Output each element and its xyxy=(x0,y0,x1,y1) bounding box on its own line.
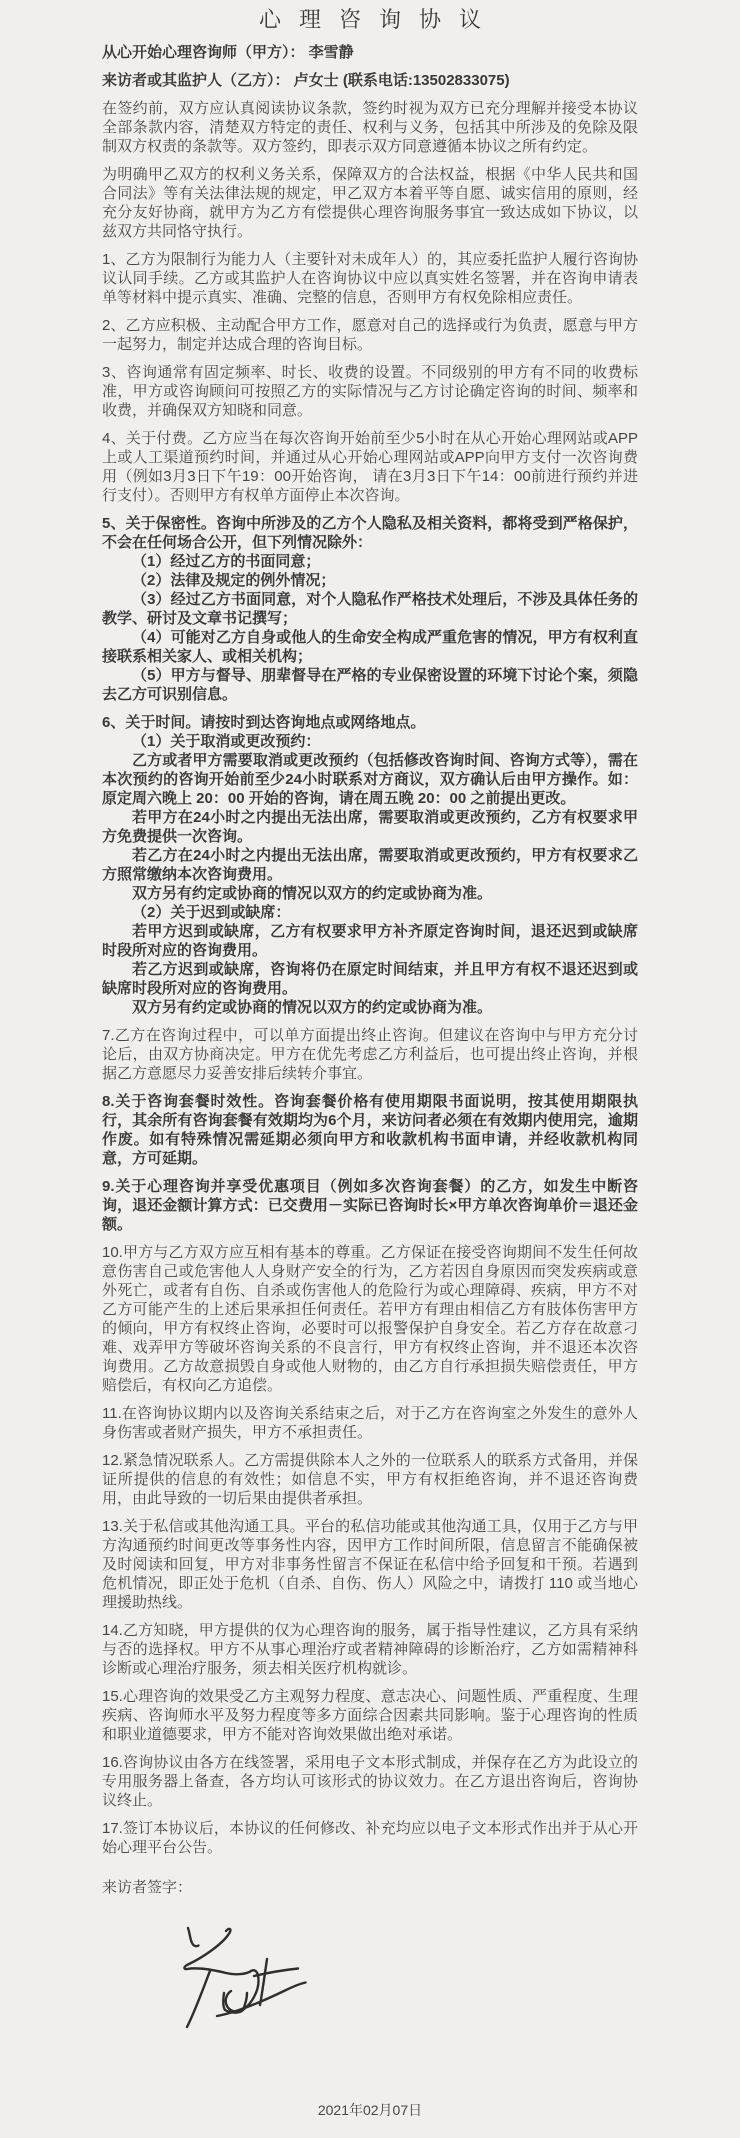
paragraph: 在签约前，双方应认真阅读协议条款，签约时视为双方已充分理解并接受本协议全部条款内… xyxy=(102,99,638,156)
paragraph: 双方另有约定或协商的情况以双方的约定或协商为准。 xyxy=(102,998,638,1017)
paragraph: 若乙方迟到或缺席，咨询将仍在原定时间结束，并且甲方有权不退还迟到或缺席时段所对应… xyxy=(102,960,638,998)
agreement-document: 心理咨询协议 从心开始心理咨询师（甲方）： 李雪静来访者或其监护人（乙方）： 卢… xyxy=(0,0,740,2138)
handwritten-signature xyxy=(174,1921,316,2039)
paragraph: （2）法律及规定的例外情况； xyxy=(102,571,638,590)
paragraph: 乙方或者甲方需要取消或更改预约（包括修改咨询时间、咨询方式等），需在本次预约的咨… xyxy=(102,751,638,808)
paragraph: （2）关于迟到或缺席： xyxy=(102,903,638,922)
paragraph: 12.紧急情况联系人。乙方需提供除本人之外的一位联系人的联系方式备用，并保证所提… xyxy=(102,1451,638,1508)
agreement-date: 2021年02月07日 xyxy=(102,2101,638,2120)
paragraph: 13.关于私信或其他沟通工具。平台的私信功能或其他沟通工具，仅用于乙方与甲方沟通… xyxy=(102,1517,638,1612)
paragraph: （4）可能对乙方自身或他人的生命安全构成严重危害的情况，甲方有权利直接联系相关家… xyxy=(102,628,638,666)
paragraph: 11.在咨询协议期内以及咨询关系结束之后，对于乙方在咨询室之外发生的意外人身伤害… xyxy=(102,1404,638,1442)
paragraph: 16.咨询协议由各方在线签署，采用电子文本形式制成，并保存在乙方为此设立的专用服… xyxy=(102,1753,638,1810)
party-a-line: 从心开始心理咨询师（甲方）： 李雪静 xyxy=(102,43,638,62)
signature-area xyxy=(174,1921,316,2039)
paragraph: （1）关于取消或更改预约： xyxy=(102,732,638,751)
paragraph: 7.乙方在咨询过程中，可以单方面提出终止咨询。但建议在咨询中与甲方充分讨论后，由… xyxy=(102,1026,638,1083)
paragraph: 6、关于时间。请按时到达咨询地点或网络地点。 xyxy=(102,713,638,732)
page: { "document": { "title": "心理咨询协议", "sign… xyxy=(0,0,740,2138)
paragraph: 14.乙方知晓，甲方提供的仅为心理咨询的服务，属于指导性建议，乙方具有采纳与否的… xyxy=(102,1621,638,1678)
document-title: 心理咨询协议 xyxy=(102,6,638,34)
paragraph: （5）甲方与督导、朋辈督导在严格的专业保密设置的环境下讨论个案，须隐去乙方可识别… xyxy=(102,666,638,704)
paragraph: 2、乙方应积极、主动配合甲方工作，愿意对自己的选择或行为负责，愿意与甲方一起努力… xyxy=(102,316,638,354)
paragraph: 5、关于保密性。咨询中所涉及的乙方个人隐私及相关资料，都将受到严格保护，不会在任… xyxy=(102,514,638,552)
agreement-body: 从心开始心理咨询师（甲方）： 李雪静来访者或其监护人（乙方）： 卢女士 (联系电… xyxy=(102,43,638,1857)
party-b-line: 来访者或其监护人（乙方）： 卢女士 (联系电话:13502833075) xyxy=(102,71,638,90)
paragraph: 双方另有约定或协商的情况以双方的约定或协商为准。 xyxy=(102,884,638,903)
paragraph: 若甲方在24小时之内提出无法出席，需要取消或更改预约，乙方有权要求甲方免费提供一… xyxy=(102,808,638,846)
paragraph: 17.签订本协议后，本协议的任何修改、补充均应以电子文本形式作出并于从心开始心理… xyxy=(102,1819,638,1857)
visitor-signature-label: 来访者签字： xyxy=(102,1878,638,1897)
paragraph: （3）经过乙方书面同意，对个人隐私作严格技术处理后，不涉及具体任务的教学、研讨及… xyxy=(102,590,638,628)
paragraph: 若甲方迟到或缺席，乙方有权要求甲方补齐原定咨询时间，退还迟到或缺席时段所对应的咨… xyxy=(102,922,638,960)
paragraph: 4、关于付费。乙方应当在每次咨询开始前至少5小时在从心开始心理网站或APP上或人… xyxy=(102,429,638,505)
paragraph: 9.关于心理咨询并享受优惠项目（例如多次咨询套餐）的乙方，如发生中断咨询，退还金… xyxy=(102,1177,638,1234)
paragraph: 10.甲方与乙方双方应互相有基本的尊重。乙方保证在接受咨询期间不发生任何故意伤害… xyxy=(102,1243,638,1395)
paragraph: 15.心理咨询的效果受乙方主观努力程度、意志决心、问题性质、严重程度、生理疾病、… xyxy=(102,1687,638,1744)
paragraph: （1）经过乙方的书面同意； xyxy=(102,552,638,571)
paragraph: 若乙方在24小时之内提出无法出席，需要取消或更改预约，甲方有权要求乙方照常缴纳本… xyxy=(102,846,638,884)
paragraph: 1、乙方为限制行为能力人（主要针对未成年人）的，其应委托监护人履行咨询协议认同手… xyxy=(102,250,638,307)
paragraph: 8.关于咨询套餐时效性。咨询套餐价格有使用期限书面说明，按其使用期限执行，其余所… xyxy=(102,1092,638,1168)
paragraph: 为明确甲乙双方的权利义务关系，保障双方的合法权益，根据《中华人民共和国合同法》等… xyxy=(102,165,638,241)
paragraph: 3、咨询通常有固定频率、时长、收费的设置。不同级别的甲方有不同的收费标准，甲方或… xyxy=(102,363,638,420)
